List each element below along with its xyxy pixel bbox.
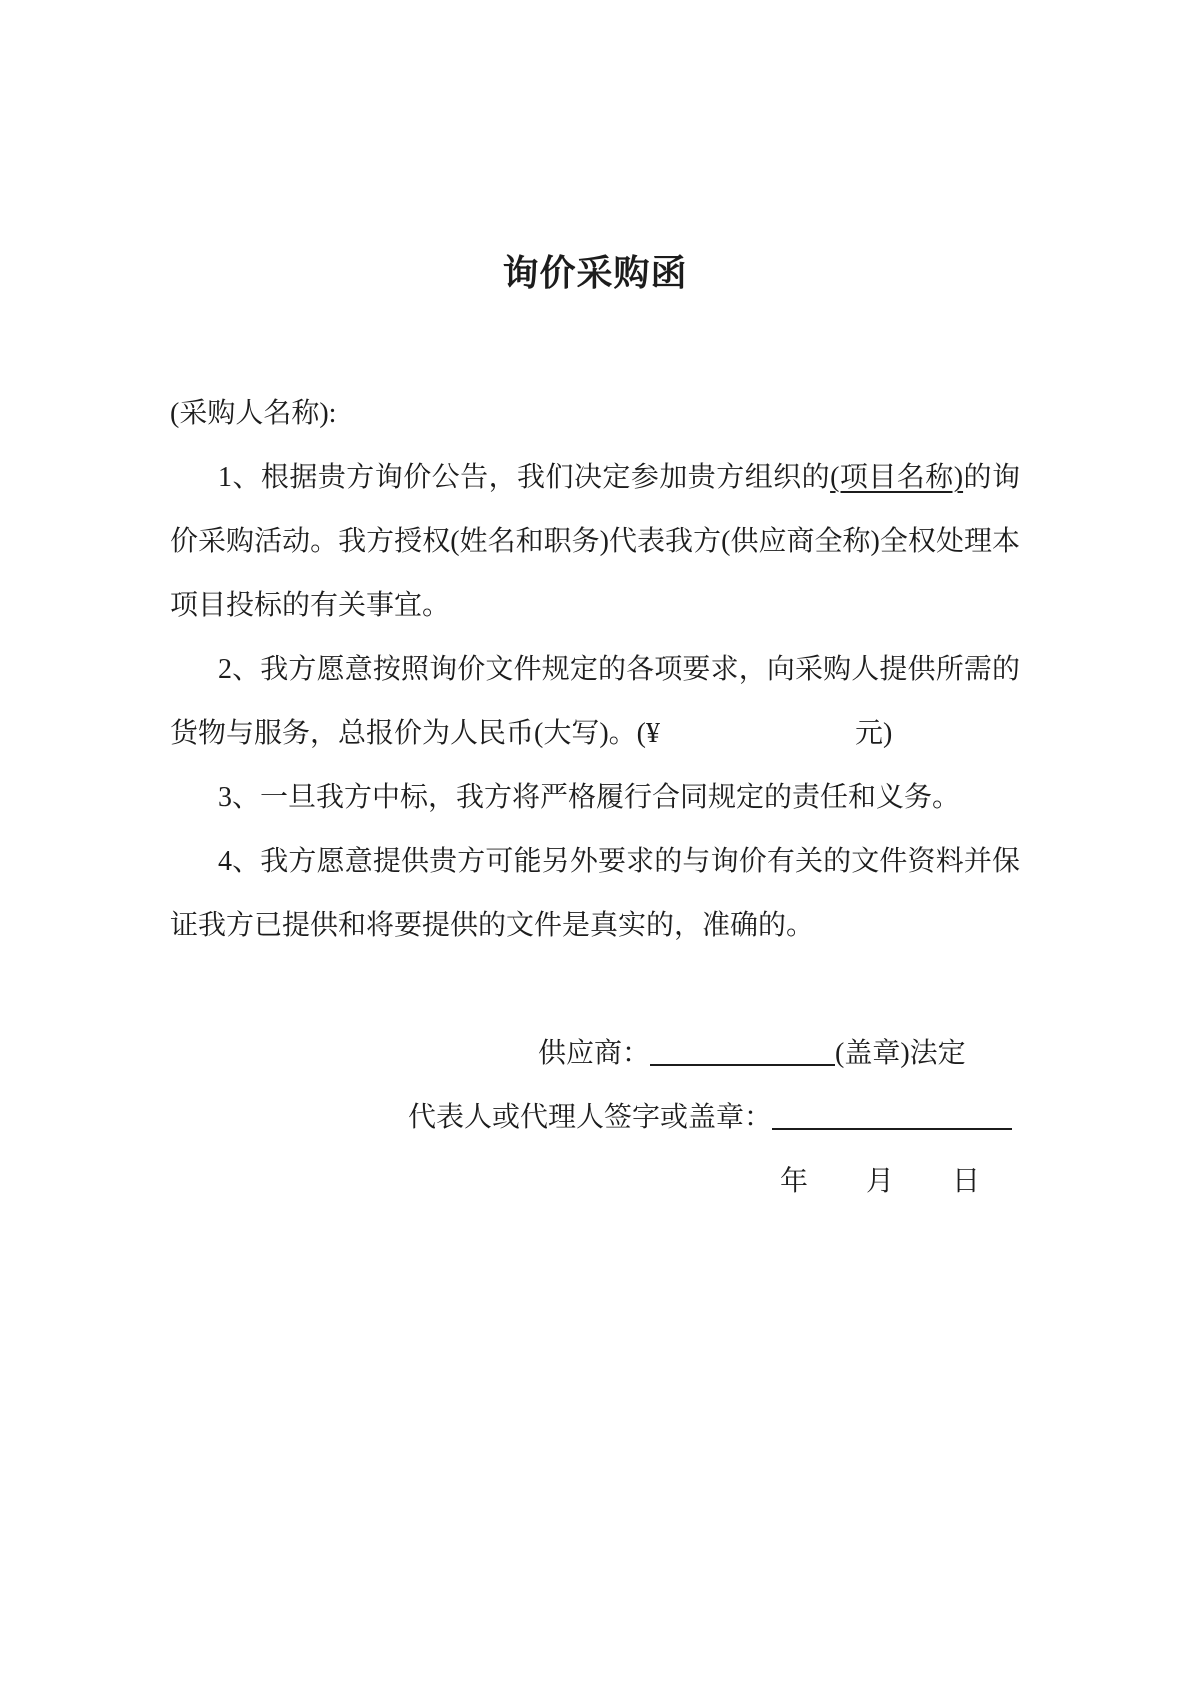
paragraph-2: 2、我方愿意按照询价文件规定的各项要求，向采购人提供所需的货物与服务，总报价为人… <box>170 638 1020 766</box>
paragraph-1-lead: 1、根据贵方询价公告，我们决定参加贵方组织的 <box>218 462 830 493</box>
representative-label: 代表人或代理人签字或盖章： <box>408 1102 772 1133</box>
supplier-signature-line: 供应商：(盖章)法定 <box>538 1022 1020 1086</box>
signature-block: 供应商：(盖章)法定 代表人或代理人签字或盖章： 年月日 <box>170 1022 1020 1214</box>
seal-suffix-label: (盖章)法定 <box>835 1038 966 1069</box>
supplier-label: 供应商： <box>538 1038 650 1069</box>
document-page: 询价采购函 (采购人名称): 1、根据贵方询价公告，我们决定参加贵方组织的(项目… <box>0 0 1190 1683</box>
paragraph-1: 1、根据贵方询价公告，我们决定参加贵方组织的(项目名称)的询价采购活动。我方授权… <box>170 446 1020 638</box>
document-title: 询价采购函 <box>0 248 1190 298</box>
supplier-name-blank <box>650 1064 835 1066</box>
day-label: 日 <box>952 1166 980 1197</box>
date-line: 年月日 <box>780 1150 1020 1214</box>
year-label: 年 <box>780 1166 808 1197</box>
paragraph-2-close: 元) <box>855 718 892 749</box>
paragraph-2-lead: 2、我方愿意按照询价文件规定的各项要求，向采购人提供所需的货物与服务，总报价为人… <box>170 654 1020 749</box>
paragraph-3: 3、一旦我方中标，我方将严格履行合同规定的责任和义务。 <box>170 766 1020 830</box>
paragraph-4: 4、我方愿意提供贵方可能另外要求的与询价有关的文件资料并保证我方已提供和将要提供… <box>170 830 1020 958</box>
month-label: 月 <box>866 1166 894 1197</box>
document-body: (采购人名称): 1、根据贵方询价公告，我们决定参加贵方组织的(项目名称)的询价… <box>170 382 1020 1214</box>
representative-signature-blank <box>772 1128 1012 1130</box>
project-name-placeholder: (项目名称) <box>830 462 963 493</box>
purchaser-name-label: (采购人名称): <box>170 382 1020 446</box>
representative-signature-line: 代表人或代理人签字或盖章： <box>408 1086 1020 1150</box>
